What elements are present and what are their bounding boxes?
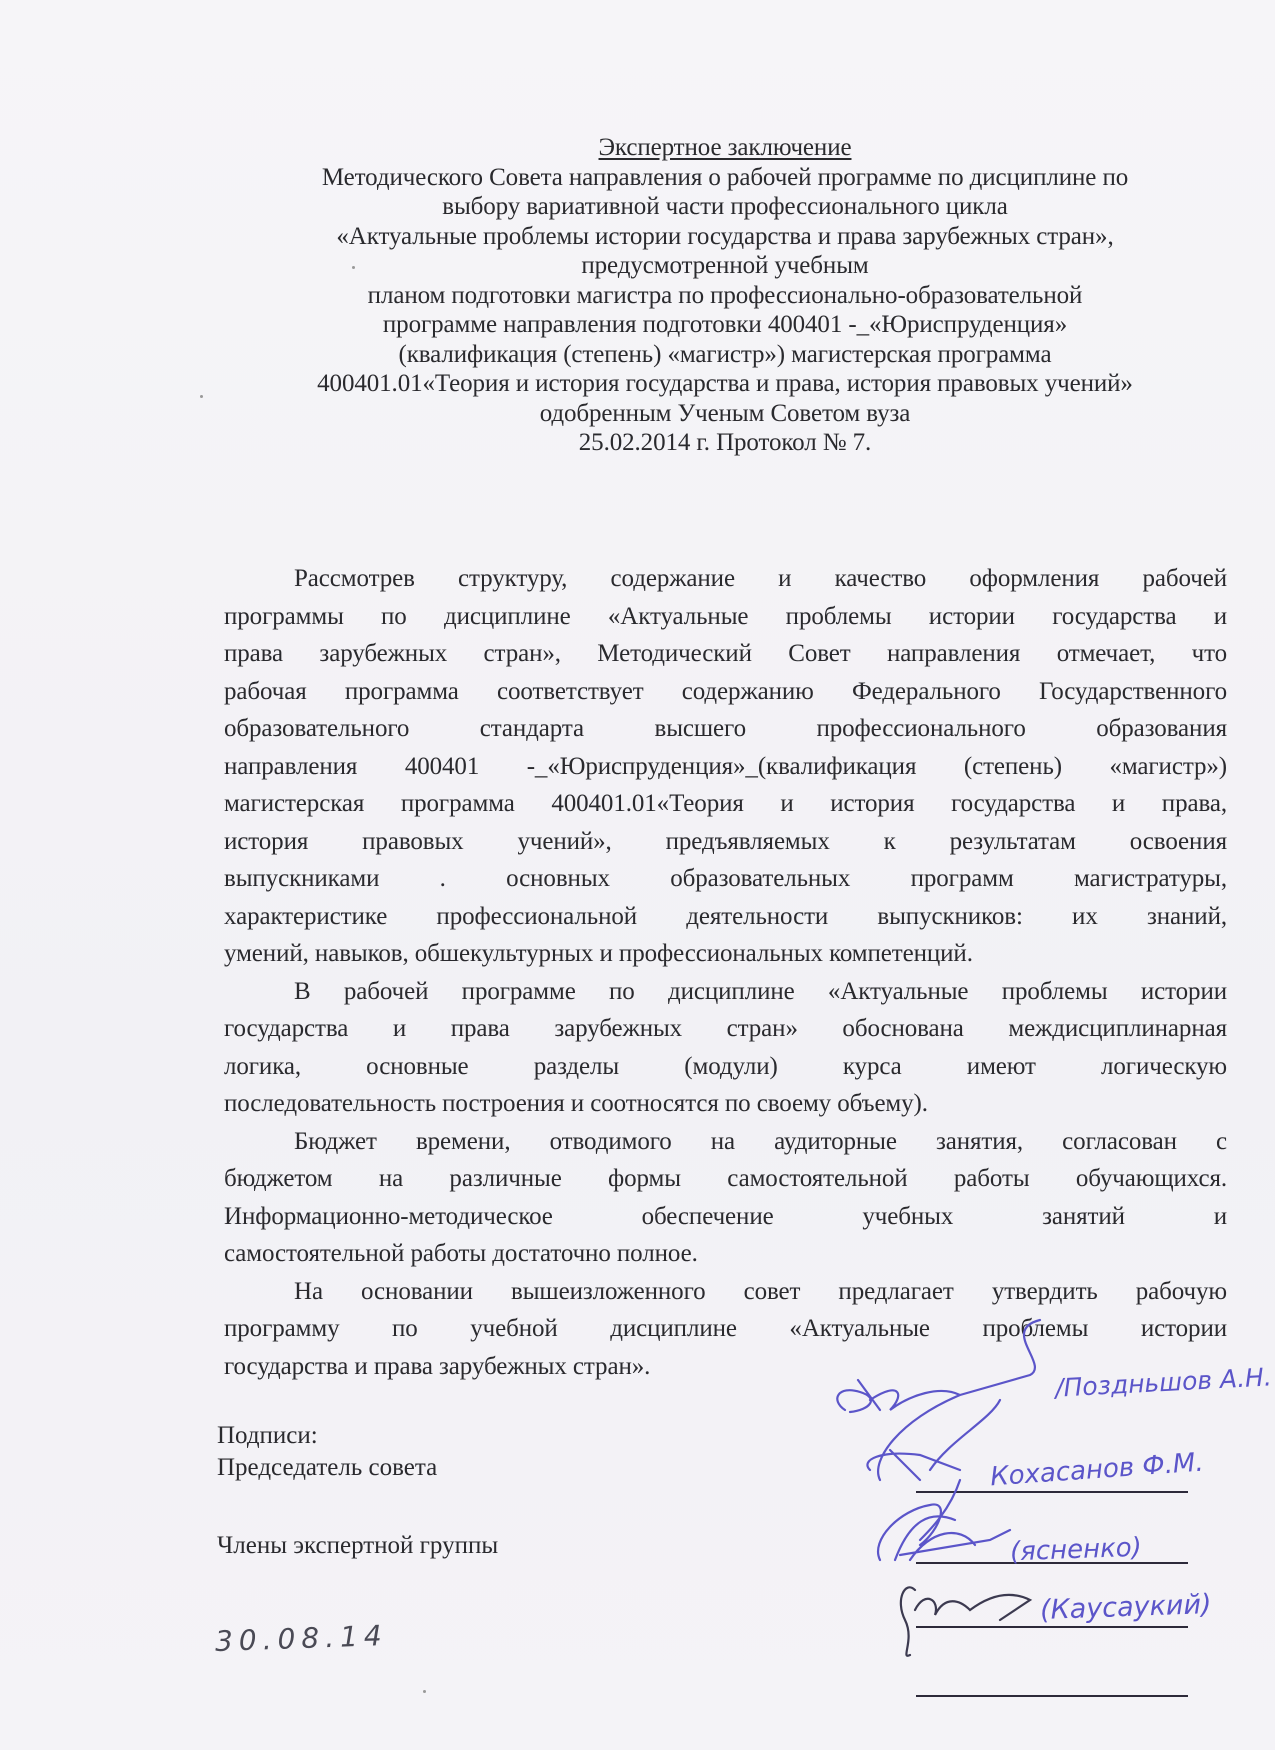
signature-line-chair xyxy=(916,1491,1188,1493)
title-line: «Актуальные проблемы истории государства… xyxy=(225,222,1225,252)
paragraph-logic: В рабочей программе по дисциплине «Актуа… xyxy=(224,973,1227,1123)
text-line: Бюджет времени, отводимого на аудиторные… xyxy=(224,1123,1227,1161)
title-line: (квалификация (степень) «магистр») магис… xyxy=(225,340,1225,370)
document-heading: Экспертное заключение xyxy=(225,133,1225,163)
protocol-line: 25.02.2014 г. Протокол № 7. xyxy=(225,428,1225,458)
member-1-handwritten-name: Кохасанов Ф.М. xyxy=(989,1448,1204,1493)
text-line: выпускниками . основных образовательных … xyxy=(224,860,1227,898)
paragraph-review: Рассмотрев структуру, содержание и качес… xyxy=(224,560,1227,973)
text-line: направления 400401 -_«Юриспруденция»_(кв… xyxy=(224,748,1227,786)
members-label: Члены экспертной группы xyxy=(217,1530,498,1562)
paragraph-conclusion: На основании вышеизложенного совет предл… xyxy=(224,1273,1227,1386)
title-line: программе направления подготовки 400401 … xyxy=(225,310,1225,340)
title-line: одобренным Ученым Советом вуза xyxy=(225,399,1225,429)
text-line: Рассмотрев структуру, содержание и качес… xyxy=(224,560,1227,598)
signature-labels: Подписи: Председатель совета Члены экспе… xyxy=(217,1420,498,1562)
scan-speck xyxy=(200,395,203,398)
paragraph-budget: Бюджет времени, отводимого на аудиторные… xyxy=(224,1123,1227,1273)
member-2-handwritten-name: (ясненко) xyxy=(1010,1533,1143,1568)
text-line: умений, навыков, обшекультурных и профес… xyxy=(224,935,1227,973)
title-block: Экспертное заключение Методического Сове… xyxy=(225,133,1225,458)
body-text: Рассмотрев структуру, содержание и качес… xyxy=(224,560,1227,1385)
scan-speck xyxy=(352,266,355,269)
text-line: магистерская программа 400401.01«Теория … xyxy=(224,785,1227,823)
document-page: Экспертное заключение Методического Сове… xyxy=(0,0,1275,1750)
signature-line-member-3 xyxy=(916,1695,1188,1697)
member-3-signature-icon xyxy=(901,1587,1030,1655)
title-line: выбору вариативной части профессионально… xyxy=(225,192,1225,222)
text-line: На основании вышеизложенного совет предл… xyxy=(224,1273,1227,1311)
scan-speck xyxy=(423,1690,426,1693)
text-line: образовательного стандарта высшего профе… xyxy=(224,710,1227,748)
text-line: В рабочей программе по дисциплине «Актуа… xyxy=(224,973,1227,1011)
member-2-signature-icon xyxy=(878,1504,1010,1560)
text-line: государства и права зарубежных стран» об… xyxy=(224,1010,1227,1048)
text-line: характеристике профессиональной деятельн… xyxy=(224,898,1227,936)
signature-line-member-2 xyxy=(916,1626,1188,1628)
text-line: история правовых учений», предъявляемых … xyxy=(224,823,1227,861)
member-3-handwritten-name: (Каусаукий) xyxy=(1040,1589,1213,1626)
text-line: логика, основные разделы (модули) курса … xyxy=(224,1048,1227,1086)
title-line: Методического Совета направления о рабоч… xyxy=(225,163,1225,193)
text-line: Информационно-методическое обеспечение у… xyxy=(224,1198,1227,1236)
title-line: 400401.01«Теория и история государства и… xyxy=(225,369,1225,399)
text-line: бюджетом на различные формы самостоятель… xyxy=(224,1160,1227,1198)
handwritten-date: 30.08.14 xyxy=(214,1619,388,1658)
member-1-signature-icon xyxy=(867,1400,1000,1540)
title-line: предусмотренной учебным xyxy=(225,251,1225,281)
text-line: права зарубежных стран», Методический Со… xyxy=(224,635,1227,673)
text-line: программы по дисциплине «Актуальные проб… xyxy=(224,598,1227,636)
chair-label: Председатель совета xyxy=(217,1452,498,1484)
text-line: программу по учебной дисциплине «Актуаль… xyxy=(224,1310,1227,1348)
signatures-label: Подписи: xyxy=(217,1420,498,1452)
title-line: планом подготовки магистра по профессион… xyxy=(225,281,1225,311)
text-line: самостоятельной работы достаточно полное… xyxy=(224,1235,1227,1273)
text-line: рабочая программа соответствует содержан… xyxy=(224,673,1227,711)
text-line: последовательность построения и соотнося… xyxy=(224,1085,1227,1123)
